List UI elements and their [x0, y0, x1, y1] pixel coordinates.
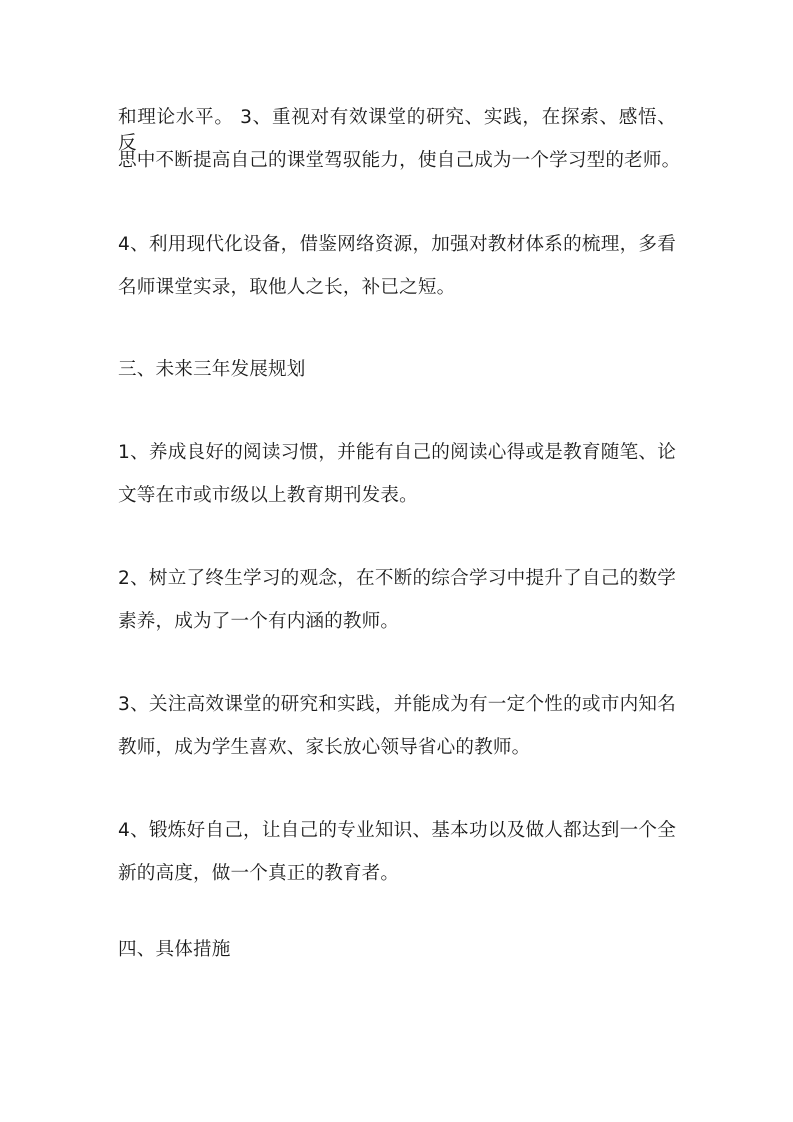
paragraph-line: 1、养成良好的阅读习惯，并能有自己的阅读心得或是教育随笔、论	[118, 440, 676, 466]
document-page: 和理论水平。 3、重视对有效课堂的研究、实践，在探索、感悟、反 思中不断提高自己…	[0, 0, 793, 1122]
paragraph-line: 4、利用现代化设备，借鉴网络资源，加强对教材体系的梳理，多看	[118, 232, 676, 258]
paragraph-line: 2、树立了终生学习的观念，在不断的综合学习中提升了自己的数学	[118, 566, 676, 592]
paragraph-line: 文等在市或市级以上教育期刊发表。	[118, 483, 688, 509]
paragraph-line: 思中不断提高自己的课堂驾驭能力，使自己成为一个学习型的老师。	[118, 148, 688, 174]
paragraph-line: 名师课堂实录，取他人之长，补已之短。	[118, 275, 688, 301]
paragraph-line: 新的高度，做一个真正的教育者。	[118, 861, 688, 887]
section-heading: 三、未来三年发展规划	[118, 357, 688, 383]
paragraph-line: 素养，成为了一个有内涵的教师。	[118, 609, 688, 635]
paragraph-line: 教师，成为学生喜欢、家长放心领导省心的教师。	[118, 735, 688, 761]
paragraph-line: 4、锻炼好自己，让自己的专业知识、基本功以及做人都达到一个全	[118, 818, 676, 844]
paragraph-line: 3、关注高效课堂的研究和实践，并能成为有一定个性的或市内知名	[118, 692, 676, 718]
section-heading: 四、具体措施	[118, 937, 688, 963]
